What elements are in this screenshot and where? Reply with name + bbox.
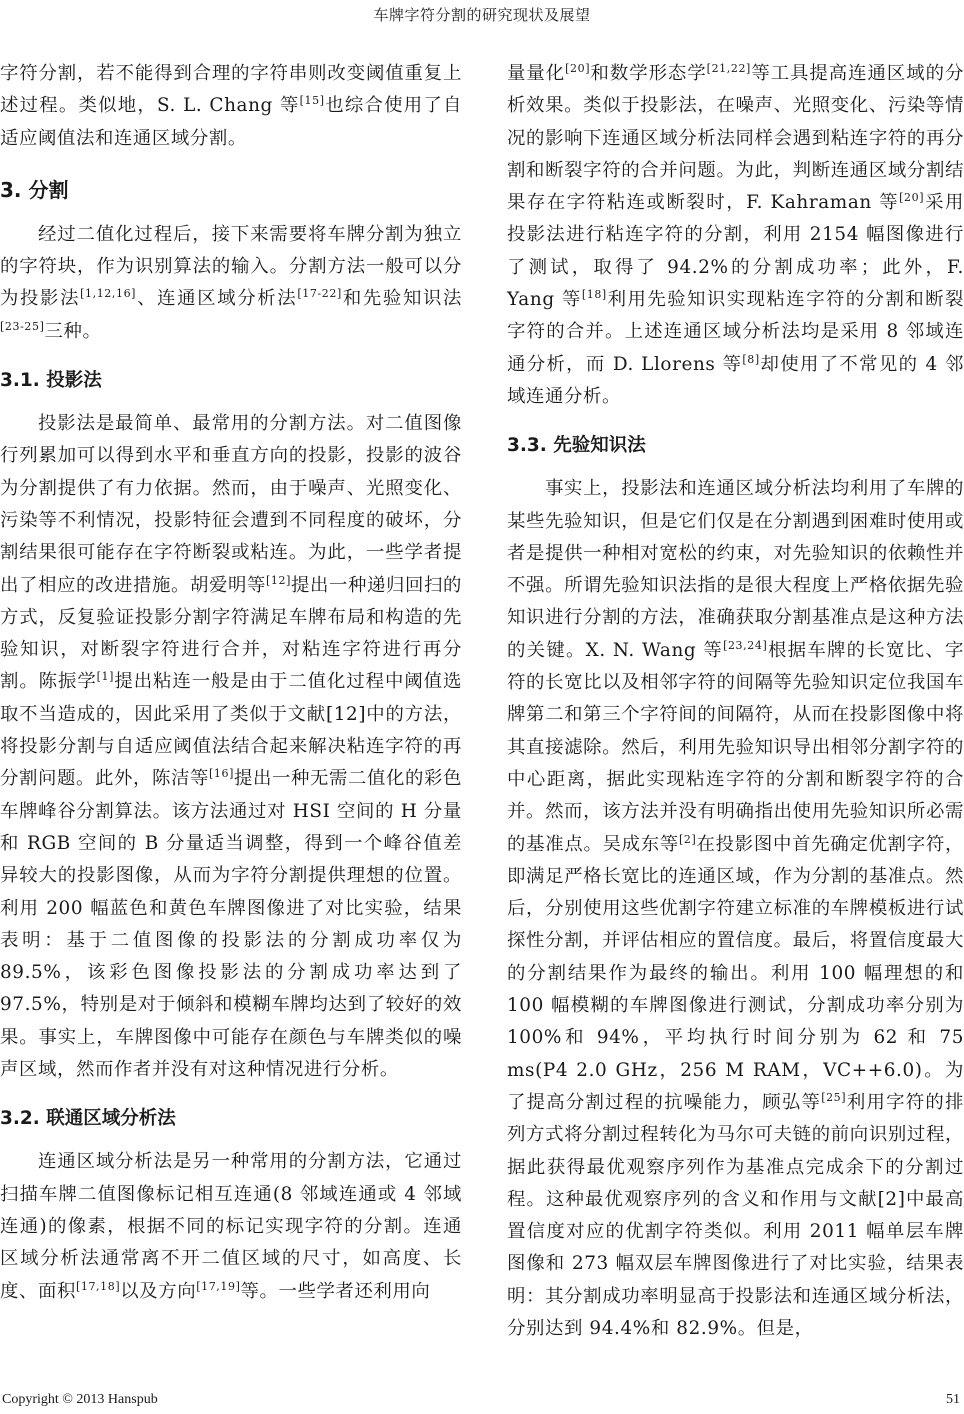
- text: 事实上，投影法和连通区域分析法均利用了车牌的某些先验知识，但是它们仅是在分割遇到…: [507, 478, 964, 660]
- citation[interactable]: [8]: [742, 353, 759, 366]
- citation[interactable]: [17,19]: [196, 1279, 240, 1292]
- citation[interactable]: [1,12,16]: [80, 287, 136, 300]
- text: 等工具提高连通区域的分析效果。类似于投影法，在噪声、光照变化、污染等情况的影响下…: [507, 63, 964, 213]
- section-heading-3-2: 3.2. 联通区域分析法: [0, 1104, 462, 1134]
- citation[interactable]: [25]: [821, 1091, 846, 1104]
- text: 和先验知识法: [342, 288, 462, 309]
- text: 投影法是最简单、最常用的分割方法。对二值图像行列累加可以得到水平和垂直方向的投影…: [0, 413, 462, 595]
- paragraph: 连通区域分析法是另一种常用的分割方法，它通过扫描车牌二值图像标记相互连通(8 邻…: [0, 1146, 462, 1307]
- citation[interactable]: [23,24]: [723, 639, 767, 652]
- citation[interactable]: [21,22]: [707, 62, 751, 75]
- text: 根据车牌的长宽比、字符的长宽比以及相邻字符的间隔等先验知识定位我国车牌第二和第三…: [507, 640, 964, 855]
- citation[interactable]: [18]: [582, 288, 607, 301]
- running-title: 车牌字符分割的研究现状及展望: [0, 4, 964, 25]
- citation[interactable]: [20]: [899, 191, 924, 204]
- citation[interactable]: [1]: [97, 670, 114, 683]
- citation[interactable]: [17,18]: [76, 1279, 120, 1292]
- paragraph: 经过二值化过程后，接下来需要将车牌分割为独立的字符块，作为识别算法的输入。分割方…: [0, 219, 462, 348]
- paragraph: 事实上，投影法和连通区域分析法均利用了车牌的某些先验知识，但是它们仅是在分割遇到…: [507, 473, 964, 1345]
- citation[interactable]: [23-25]: [0, 320, 45, 333]
- paragraph: 量量化[20]和数学形态学[21,22]等工具提高连通区域的分析效果。类似于投影…: [507, 58, 964, 413]
- citation[interactable]: [17-22]: [297, 287, 342, 300]
- text: 、连通区域分析法: [136, 288, 297, 309]
- citation[interactable]: [12]: [266, 573, 291, 586]
- text: 等。一些学者还利用向: [241, 1281, 431, 1302]
- text: 提出一种无需二值化的彩色车牌峰谷分割算法。该方法通过对 HSI 空间的 H 分量…: [0, 768, 462, 1080]
- text: 利用字符的排列方式将分割过程转化为马尔可夫链的前向识别过程，据此获得最优观察序列…: [507, 1092, 964, 1339]
- text: 在投影图中首先确定优割字符，即满足严格长宽比的连通区域，作为分割的基准点。然后，…: [507, 834, 964, 1113]
- page-number: 51: [946, 1392, 960, 1408]
- text: 三种。: [45, 321, 102, 342]
- text: 以及方向: [120, 1281, 196, 1302]
- section-heading-3: 3. 分割: [0, 175, 462, 205]
- citation[interactable]: [15]: [300, 94, 325, 107]
- right-column: 量量化[20]和数学形态学[21,22]等工具提高连通区域的分析效果。类似于投影…: [507, 58, 964, 1345]
- copyright-notice: Copyright © 2013 Hanspub: [2, 1392, 158, 1408]
- citation[interactable]: [16]: [209, 767, 234, 780]
- citation[interactable]: [2]: [679, 832, 696, 845]
- citation[interactable]: [20]: [565, 62, 590, 75]
- paragraph: 字符分割，若不能得到合理的字符串则改变阈值重复上述过程。类似地，S. L. Ch…: [0, 58, 462, 155]
- left-column: 字符分割，若不能得到合理的字符串则改变阈值重复上述过程。类似地，S. L. Ch…: [0, 58, 462, 1308]
- text: 量量化: [507, 63, 565, 84]
- paragraph: 投影法是最简单、最常用的分割方法。对二值图像行列累加可以得到水平和垂直方向的投影…: [0, 408, 462, 1086]
- section-heading-3-1: 3.1. 投影法: [0, 366, 462, 396]
- section-heading-3-3: 3.3. 先验知识法: [507, 431, 964, 461]
- text: 和数学形态学: [590, 63, 707, 84]
